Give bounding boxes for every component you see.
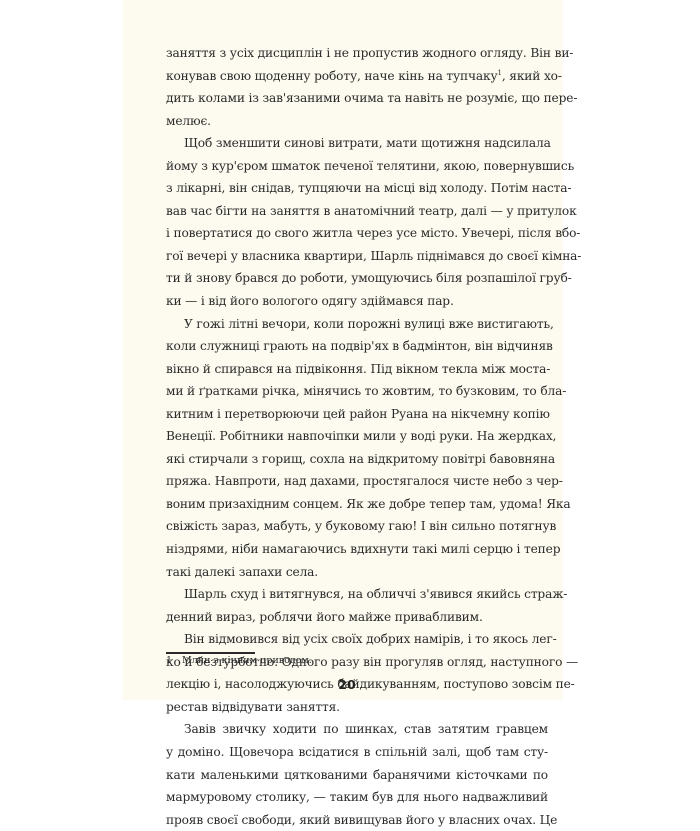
text-line: і повертатися до свого житла через усе м… <box>166 222 548 245</box>
paragraph-first-line: У гожі літні вечори, коли порожні вулиці… <box>166 313 548 336</box>
body-text: заняття з усіх дисциплін і не пропустив … <box>166 42 548 700</box>
text-line: з лікарні, він снідав, тупцяючи на місці… <box>166 177 548 200</box>
text-line: йому з кур'єром шматок печеної телятини,… <box>166 155 548 178</box>
book-page: заняття з усіх дисциплін і не пропустив … <box>123 0 563 700</box>
text-line-with-footnote-ref: конував свою щоденну роботу, наче кінь н… <box>166 65 548 88</box>
text-fragment: конував свою щоденну роботу, наче кінь н… <box>166 69 498 83</box>
text-line: денний вираз, роблячи його майже привабл… <box>166 606 548 629</box>
text-line: китним і перетворюючи цей район Руана на… <box>166 403 548 426</box>
text-line: дить колами із зав'язаними очима та наві… <box>166 87 548 110</box>
paragraph-first-line: Щоб зменшити синові витрати, мати щотижн… <box>166 132 548 155</box>
text-line: мелює. <box>166 110 548 133</box>
text-line: гої вечері у власника квартири, Шарль пі… <box>166 245 548 268</box>
text-line: ніздрями, ніби намагаючись вдихнути такі… <box>166 538 548 561</box>
text-line: вав час бігти на заняття в анатомічний т… <box>166 200 548 223</box>
text-fragment: , який хо- <box>502 69 562 83</box>
text-line: ми й ґратками річка, мінячись то жовтим,… <box>166 380 548 403</box>
text-line: рестав відвідувати заняття. <box>166 696 548 700</box>
text-line: пряжа. Навпроти, над дахами, простягалос… <box>166 470 548 493</box>
paragraph-first-line: Шарль схуд і витягнувся, на обличчі з'яв… <box>166 583 548 606</box>
text-line: Венеції. Робітники навпочіпки мили у вод… <box>166 425 548 448</box>
page-number: 20 <box>123 677 571 692</box>
text-line: вікно й спирався на підвіконня. Під вікн… <box>166 358 548 381</box>
text-line: ки — і від його вологого одягу здіймався… <box>166 290 548 313</box>
paragraph-first-line: Він відмовився від усіх своїх добрих нам… <box>166 628 548 651</box>
text-line: коли служниці грають на подвір'ях в бадм… <box>166 335 548 358</box>
text-line: які стирчали з горищ, сохла на відкритом… <box>166 448 548 471</box>
text-line: воним призахідним сонцем. Як же добре те… <box>166 493 548 516</box>
text-line: заняття з усіх дисциплін і не пропустив … <box>166 42 548 65</box>
footnote: 1Млин з кінним приводом. <box>166 654 312 668</box>
text-line: свіжість зараз, мабуть, у буковому гаю! … <box>166 515 548 538</box>
text-line: ти й знову брався до роботи, умощуючись … <box>166 267 548 290</box>
footnote-text: Млин з кінним приводом. <box>182 655 312 666</box>
footnote-number: 1 <box>166 654 182 668</box>
text-line: такі далекі запахи села. <box>166 561 548 584</box>
